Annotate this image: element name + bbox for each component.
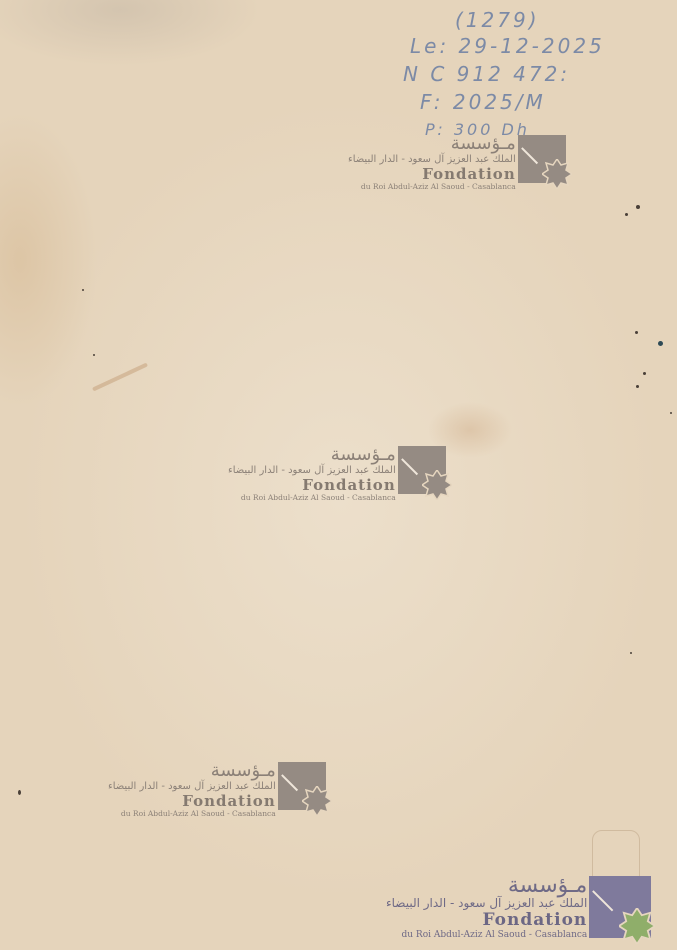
stamp-french-title: Fondation [386,911,587,929]
hw-reference-number: (1279) [455,6,540,35]
stamp-text: مـؤسسة الملك عبد العزيز آل سعود - الدار … [228,446,398,503]
stamp-arabic-title: مـؤسسة [386,876,587,896]
library-stamp-color: مـؤسسة الملك عبد العزيز آل سعود - الدار … [386,876,651,941]
stamp-arabic-title: مـؤسسة [108,762,276,780]
paper-speck [658,341,663,346]
eight-point-star-icon [542,159,572,189]
eight-point-star-icon [422,470,452,500]
paper-speck [18,790,21,795]
foundation-logo-icon [278,762,326,810]
stamp-arabic-title: مـؤسسة [348,135,516,153]
hw-date: Le: 29-12-2025 [410,32,605,61]
library-stamp: مـؤسسة الملك عبد العزيز آل سعود - الدار … [108,762,326,819]
stamp-french-subtitle: du Roi Abdul-Aziz Al Saoud - Casablanca [386,929,587,941]
stamp-arabic-subtitle: الملك عبد العزيز آل سعود - الدار البيضاء [386,896,587,911]
paper-speck [625,213,628,216]
stamp-french-title: Fondation [108,793,276,809]
stamp-text: مـؤسسة الملك عبد العزيز آل سعود - الدار … [386,876,589,941]
hw-fund-code: F: 2025/M [420,88,546,117]
paper-speck [82,289,84,291]
stamp-french-title: Fondation [228,477,396,493]
paper-speck [636,205,640,209]
stamp-text: مـؤسسة الملك عبد العزيز آل سعود - الدار … [108,762,278,819]
paper-speck [643,372,646,375]
stamp-french-subtitle: du Roi Abdul-Aziz Al Saoud - Casablanca [108,809,276,819]
stamp-french-subtitle: du Roi Abdul-Aziz Al Saoud - Casablanca [228,493,396,503]
paper-speck [635,331,638,334]
foundation-logo-icon [589,876,651,938]
paper-speck [636,385,639,388]
hw-inventory-number: N C 912 472: [403,60,570,89]
paper-speck [93,354,95,356]
stamp-text: مـؤسسة الملك عبد العزيز آل سعود - الدار … [348,135,518,192]
stamp-arabic-title: مـؤسسة [228,446,396,464]
stamp-french-title: Fondation [348,166,516,182]
eight-point-star-icon [619,908,655,944]
library-stamp: مـؤسسة الملك عبد العزيز آل سعود - الدار … [228,446,446,503]
eight-point-star-icon [302,786,332,816]
paper-speck [630,652,632,654]
paper-speck [670,412,672,414]
foundation-logo-icon [518,135,566,183]
stamp-french-subtitle: du Roi Abdul-Aziz Al Saoud - Casablanca [348,182,516,192]
foundation-logo-icon [398,446,446,494]
library-stamp: مـؤسسة الملك عبد العزيز آل سعود - الدار … [348,135,566,192]
